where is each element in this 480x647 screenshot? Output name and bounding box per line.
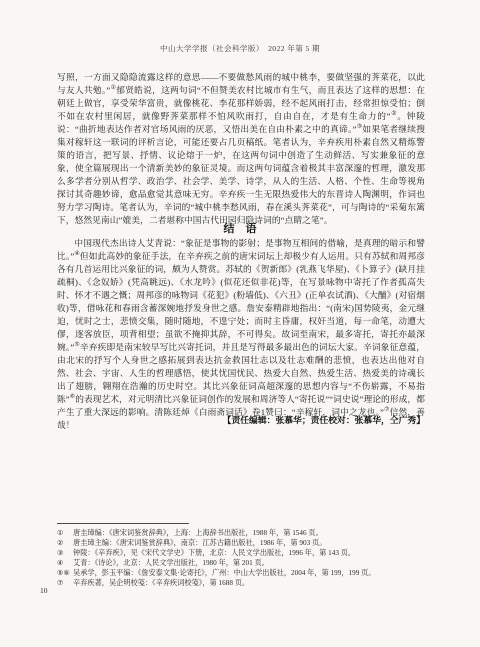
footnote-text: 唐圭璋编：《唐宋词鉴赏辞典》，上海：上海辞书出版社，1988 年，第 1546 … [73, 528, 437, 538]
section-title-conclusion: 结 语 [0, 220, 480, 236]
footnote: ② 唐圭璋主编：《唐宋词鉴赏辞典》，南京：江苏古籍出版社，1986 年，第 90… [57, 538, 437, 548]
footnote-marker: ① [57, 528, 73, 538]
footnote: ⑦ 辛弃疾著，吴企明校笺：《辛弃疾词校笺》，第 1688 页。 [57, 578, 437, 588]
footnote-text: 吴承学，彭玉平编：《詹安泰文集·论寄托》，广州：中山大学出版社，2004 年，第… [73, 568, 437, 578]
footnote-list: ① 唐圭璋编：《唐宋词鉴赏辞典》，上海：上海辞书出版社，1988 年，第 154… [57, 528, 437, 588]
paragraph-conclusion: 中国现代杰出诗人艾青说：“象征是事物的影射；是事物互相间的借喻，是真理的暗示和譬… [57, 237, 425, 432]
footnote: ⑤⑥ 吴承学，彭玉平编：《詹安泰文集·论寄托》，广州：中山大学出版社，2004 … [57, 568, 437, 578]
journal-header: 中山大学学报（社会科学版） 2022 年第 5 期 [0, 43, 480, 54]
footnote: ① 唐圭璋编：《唐宋词鉴赏辞典》，上海：上海辞书出版社，1988 年，第 154… [57, 528, 437, 538]
footnote-text: 艾青：《诗论》，北京：人民文学出版社，1980 年，第 201 页。 [73, 558, 437, 568]
footnote: ③ 钟陵：《辛弃疾》，见《宋代文学史》下册，北京：人民文学出版社，1996 年，… [57, 548, 437, 558]
page-number: 10 [40, 586, 48, 595]
footnote-marker: ⑤⑥ [57, 568, 73, 578]
footnote-text: 辛弃疾著，吴企明校笺：《辛弃疾词校笺》，第 1688 页。 [73, 578, 437, 588]
footnote-divider [57, 523, 189, 524]
footnote-text: 唐圭璋主编：《唐宋词鉴赏辞典》，南京：江苏古籍出版社，1986 年，第 903 … [73, 538, 437, 548]
footnote-text: 钟陵：《辛弃疾》，见《宋代文学史》下册，北京：人民文学出版社，1996 年，第 … [73, 548, 437, 558]
editor-credit-line: 【责任编辑：张慕华；责任校对：张慕华，仝广秀】 [57, 413, 425, 426]
footnote-marker: ③ [57, 548, 73, 558]
footnote-marker: ④ [57, 558, 73, 568]
footnote: ④ 艾青：《诗论》，北京：人民文学出版社，1980 年，第 201 页。 [57, 558, 437, 568]
footnote-marker: ⑦ [57, 578, 73, 588]
paragraph-continuation: 写照，一方面又隐隐流露这样的意思——不要做愁风雨的城中桃李，要做坚强的荠菜花，以… [57, 71, 425, 227]
page: { "journal_header": "中山大学学报（社会科学版） 2022 … [0, 0, 480, 647]
footnote-marker: ② [57, 538, 73, 548]
